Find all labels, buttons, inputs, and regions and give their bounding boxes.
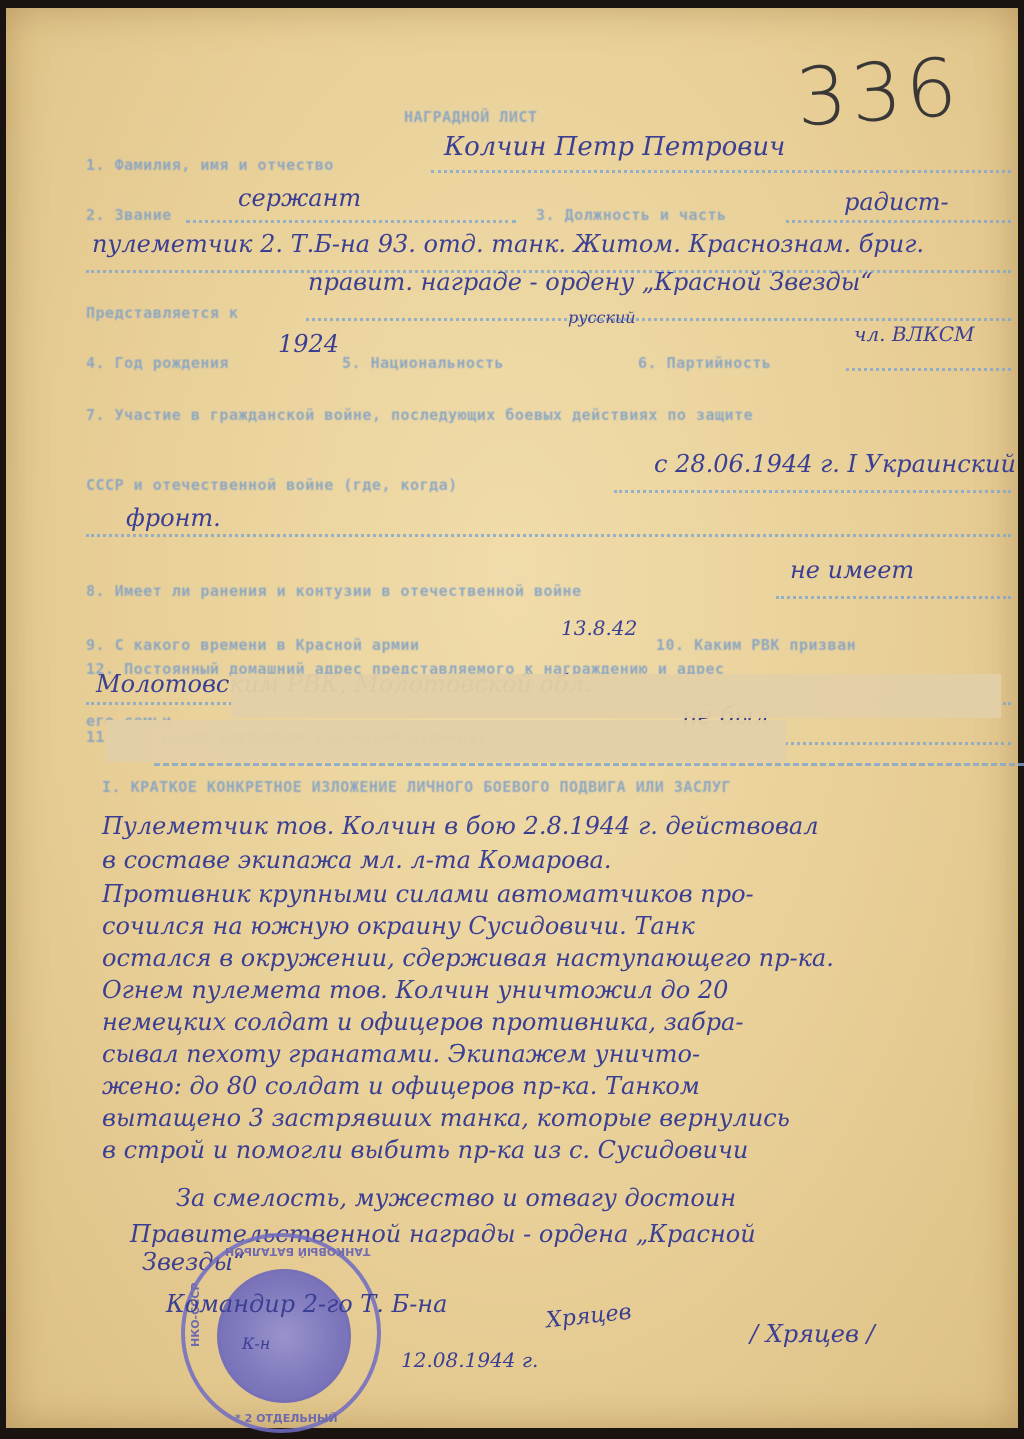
signatory-name: / Хряцев / <box>750 1320 875 1348</box>
field-6-dots <box>846 368 1011 371</box>
field-1-label: 1. Фамилия, имя и отчество <box>86 156 334 174</box>
signature-date: 12.08.1944 г. <box>401 1348 538 1372</box>
field-5-value: русский <box>568 308 636 327</box>
narrative-line: сочился на южную окраину Сусидовичи. Тан… <box>102 912 695 940</box>
narrative-line: остался в окружении, сдерживая наступающ… <box>102 944 834 972</box>
field-7-label-b: СССР и отечественной войне (где, когда) <box>86 476 458 494</box>
field-4-label: 4. Год рождения <box>86 354 229 372</box>
field-6-value: чл. ВЛКСМ <box>854 322 975 346</box>
conclusion-line: Правительственной награды - ордена „Крас… <box>130 1220 756 1248</box>
field-7-value-a: с 28.06.1944 г. I Украинский <box>654 450 1016 478</box>
field-2-dots <box>186 220 516 223</box>
document-title: НАГРАДНОЙ ЛИСТ <box>404 108 537 126</box>
field-3-value-b: пулеметчик 2. Т.Б-на 93. отд. танк. Жито… <box>92 230 924 258</box>
field-5-label: 5. Национальность <box>342 354 504 372</box>
official-stamp: НКО-СССР * 2 ОТДЕЛЬНЫЙ ТАНКОВЫЙ БАТАЛЬОН <box>181 1233 381 1433</box>
narrative-line: Огнем пулемета тов. Колчин уничтожил до … <box>102 976 728 1004</box>
field-1-dots <box>431 170 1011 173</box>
redaction-block-1 <box>231 674 1001 718</box>
field-9-value: 13.8.42 <box>561 616 637 640</box>
narrative-line: жено: до 80 солдат и офицеров пр-ка. Тан… <box>102 1072 700 1100</box>
field-8-dots <box>776 596 1011 599</box>
narrative-line: сывал пехоту гранатами. Экипажем уничто- <box>102 1040 700 1068</box>
field-3-dots <box>786 220 1011 223</box>
narrative-line: вытащено 3 застрявших танка, которые вер… <box>102 1104 790 1132</box>
signatory-rank: К-н <box>242 1334 270 1353</box>
field-7-dots <box>614 490 1011 493</box>
field-10-label: 10. Каким РВК призван <box>656 636 856 654</box>
field-6-label: 6. Партийность <box>638 354 771 372</box>
section-2-heading: I. КРАТКОЕ КОНКРЕТНОЕ ИЗЛОЖЕНИЕ ЛИЧНОГО … <box>102 778 731 796</box>
signature-mark: Хряцев <box>545 1300 633 1334</box>
presented-dots <box>306 318 1011 321</box>
presented-value: правит. награде - ордену „Красной Звезды… <box>308 268 873 296</box>
narrative-line: немецких солдат и офицеров противника, з… <box>102 1008 743 1036</box>
narrative-line: Противник крупными силами автоматчиков п… <box>102 880 754 908</box>
narrative-line: в составе экипажа мл. л-та Комарова. <box>102 846 611 874</box>
field-2-label: 2. Звание <box>86 206 172 224</box>
conclusion-line: За смелость, мужество и отвагу достоин <box>176 1184 736 1212</box>
archive-number: 336 <box>793 40 964 144</box>
field-8-label: 8. Имеет ли ранения и контузии в отечест… <box>86 582 582 600</box>
field-1-value: Колчин Петр Петрович <box>444 132 785 162</box>
award-sheet-paper: 336 НАГРАДНОЙ ЛИСТ 1. Фамилия, имя и отч… <box>6 8 1018 1428</box>
signatory-position: Командир 2-го Т. Б-на <box>166 1290 447 1318</box>
stamp-text-top: ТАНКОВЫЙ БАТАЛЬОН <box>225 1245 370 1258</box>
field-7-value-b: фронт. <box>126 504 221 532</box>
field-9-label: 9. С какого времени в Красной армии <box>86 636 420 654</box>
field-8-value: не имеет <box>790 556 914 584</box>
redaction-block-2 <box>106 720 786 762</box>
field-4-value: 1924 <box>278 330 339 358</box>
stamp-text-bottom: * 2 ОТДЕЛЬНЫЙ <box>235 1412 338 1425</box>
narrative-line: в строй и помогли выбить пр-ка из с. Сус… <box>102 1136 748 1164</box>
field-7-dots-b <box>86 534 1011 537</box>
narrative-line: Пулеметчик тов. Колчин в бою 2.8.1944 г.… <box>102 812 819 840</box>
presented-label: Представляется к <box>86 304 239 322</box>
field-2-value: сержант <box>238 184 361 212</box>
section-separator <box>154 763 1024 766</box>
field-7-label-a: 7. Участие в гражданской войне, последую… <box>86 406 753 424</box>
field-3-value-a: радист- <box>844 188 949 216</box>
field-3-label: 3. Должность и часть <box>536 206 727 224</box>
